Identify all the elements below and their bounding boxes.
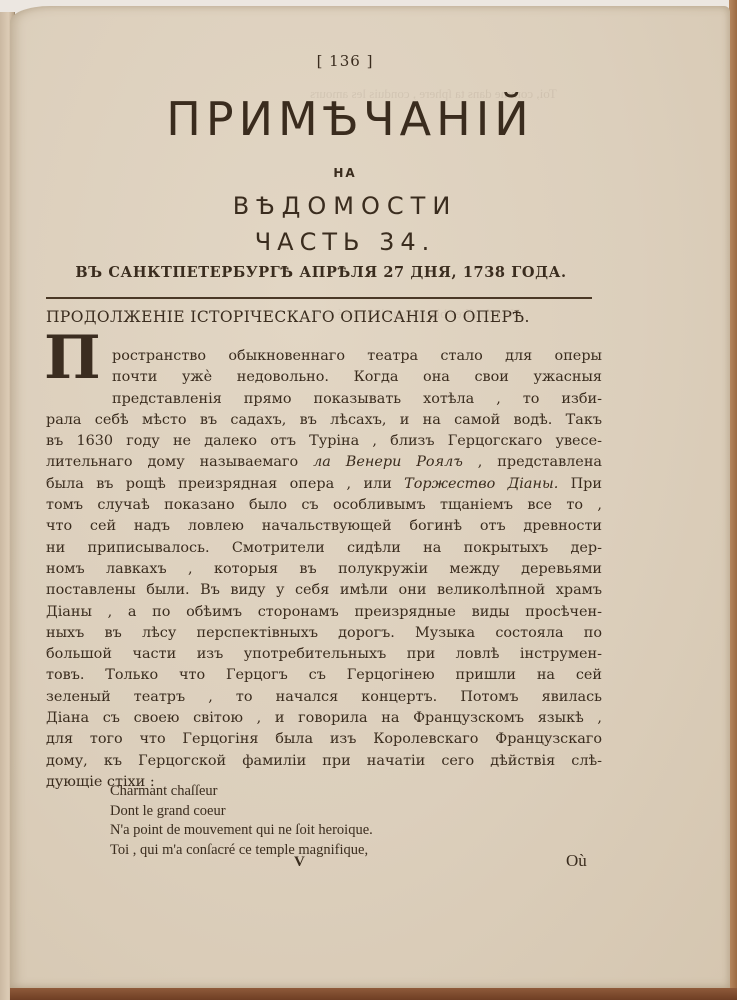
verse-line: Dont le grand coeur [110, 802, 373, 822]
body-line: въ 1630 году не далеко отъ Туріна , близ… [46, 431, 602, 452]
catchword: Où [566, 851, 587, 871]
body-line: ространство обыкновеннаго театра стало д… [46, 346, 602, 367]
body-line: товъ. Только что Герцогъ съ Герцогінею п… [46, 665, 602, 686]
body-line: томъ случаѣ показано было съ особливымъ … [46, 495, 602, 516]
body-text: ространство обыкновеннаго театра стало д… [46, 346, 602, 793]
page-number: [ 136 ] [10, 52, 730, 70]
book-cover-edge [729, 0, 737, 1000]
subtitle-part: ЧАСТЬ 34. [10, 228, 730, 256]
signature-mark: V [294, 854, 305, 871]
body-line: дому, къ Герцогской фамиліи при начатіи … [46, 751, 602, 772]
body-line: рала себѣ мѣсто въ садахъ, въ лѣсахъ, и … [46, 410, 602, 431]
body-line: была въ рощѣ преизрядная опера , или Тор… [46, 474, 602, 495]
body-line: большой части изъ употребительныхъ при л… [46, 644, 602, 665]
french-verse: Charmant chaſſeur Dont le grand coeur N'… [110, 782, 373, 860]
italic-phrase: Торжество Діаны. [404, 476, 558, 492]
verse-line: Charmant chaſſeur [110, 782, 373, 802]
dateline: ВЪ САНКТПЕТЕРБУРГѢ АПРѢЛЯ 27 ДНЯ, 1738 Г… [46, 264, 596, 281]
body-line: представленія прямо показывать хотѣла , … [46, 389, 602, 410]
body-line: зеленый театръ , то начался концертъ. По… [46, 687, 602, 708]
italic-phrase: ла Венери Роялъ [313, 454, 463, 470]
subtitle-na: НА [10, 166, 730, 180]
body-line: что сей надъ ловлею начальствующей богин… [46, 516, 602, 537]
body-line: Діаны , а по обѣимъ сторонамъ преизрядны… [46, 602, 602, 623]
body-line: почти ужѐ недовольно. Когда она свои ужа… [46, 367, 602, 388]
photo-scene: Toi, comme dans ta ſphere , conduis les … [0, 0, 737, 1000]
header-rule [46, 297, 592, 299]
body-line: поставлены были. Въ виду у себя имѣли он… [46, 580, 602, 601]
body-line: ныхъ въ лѣсу перспектівныхъ дорогъ. Музы… [46, 623, 602, 644]
body-line: Діана съ своею світою , и говорила на Фр… [46, 708, 602, 729]
section-heading: ПРОДОЛЖЕНІЕ ІСТОРІЧЕСКАГО ОПИСАНІЯ О ОПЕ… [46, 308, 596, 326]
body-line: лительнаго дому называемаго ла Венери Ро… [46, 452, 602, 473]
body-line: для того что Герцогіня была изъ Королевс… [46, 729, 602, 750]
page-title: ПРИМѢЧАНІЙ [10, 92, 730, 146]
subtitle-vedomosti: ВѢДОМОСТИ [10, 192, 730, 220]
book-page: Toi, comme dans ta ſphere , conduis les … [10, 6, 730, 988]
body-line: номъ лавкахъ , которыя въ полукружіи меж… [46, 559, 602, 580]
verse-line: N'a point de mouvement qui ne ſoit heroi… [110, 821, 373, 841]
book-cover-bottom [10, 988, 737, 1000]
body-line: ни приписывалось. Смотрители сидѣли на п… [46, 538, 602, 559]
verse-line: Toi , qui m'a conſacré ce temple magnifi… [110, 841, 373, 861]
